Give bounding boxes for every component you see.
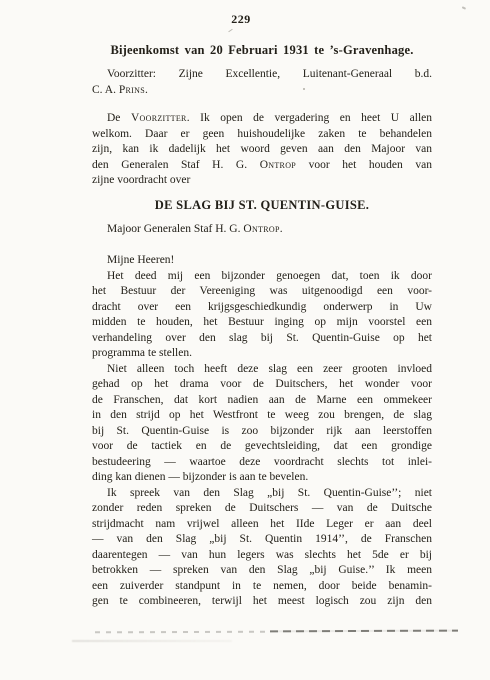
scan-speck (228, 29, 233, 33)
text-line: De Voorzitter. Ik open de vergadering en… (92, 111, 432, 127)
small-caps-name: Voorzitter (131, 112, 187, 124)
text-line: bij St. Quentin-Guise is zoo bijzonder r… (92, 424, 432, 440)
scan-speck (462, 6, 466, 9)
meeting-title: Bijeenkomst van 20 Februari 1931 te ’s-G… (92, 42, 432, 58)
text-line: bestudeering — waartoe deze voordracht s… (92, 455, 432, 471)
small-caps-name: Ontrop (260, 159, 296, 171)
text-line: zijne voordracht over (92, 173, 432, 189)
text-line: daarentegen — van hun legers was slechts… (92, 548, 432, 564)
text-line: welkom. Daar er geen huishoudelijke zake… (92, 127, 432, 143)
text-line: het Bestuur der Vereeniging was uitgenoo… (92, 284, 432, 300)
text-line: in den strijd op het Westfront te weeg z… (92, 408, 432, 424)
paragraph-chairman: Voorzitter: Zijne Excellentie, Luitenant… (92, 67, 432, 98)
text-line: — van den Slag „bij St. Quentin 1914’’, … (92, 532, 432, 548)
text-line: gen te combineeren, terwijl het meest lo… (92, 594, 432, 610)
paragraph-invitation: Het deed mij een bijzonder genoegen dat,… (92, 269, 432, 362)
text-line: voor de tactiek en de gevechtsleiding, d… (92, 439, 432, 455)
text-line: verhandeling over den slag bij St. Quent… (92, 331, 432, 347)
text-line: ding kan dienen — bijzonder is aan te be… (92, 470, 432, 486)
text-line: den Generalen Staf H. G. Ontrop voor het… (92, 158, 432, 174)
text-line: Voorzitter: Zijne Excellentie, Luitenant… (92, 67, 432, 83)
text-line: de Franschen, dat kort nadien aan de Mar… (92, 393, 432, 409)
text-line: Majoor Generalen Staf H. G. Ontrop. (92, 222, 432, 238)
small-caps-name: Prins (119, 84, 145, 96)
scan-speck (303, 88, 305, 90)
text-line: zijn, kan ik dadelijk het woord geven aa… (92, 142, 432, 158)
scan-artifact-smudge (72, 640, 232, 642)
paragraph-speaker: Majoor Generalen Staf H. G. Ontrop. (92, 222, 432, 238)
paragraph-significance: Niet alleen toch heeft deze slag een zee… (92, 362, 432, 486)
text-line: Niet alleen toch heeft deze slag een zee… (92, 362, 432, 378)
lecture-heading: DE SLAG BIJ ST. QUENTIN-GUISE. (92, 197, 432, 213)
text-line: Mijne Heeren! (92, 253, 432, 269)
text-line: C. A. Prins. (92, 83, 432, 99)
text-line: gehad op het drama voor de Duitschers, h… (92, 377, 432, 393)
text-line: strijdmacht nam vrijwel alleen het IIde … (92, 517, 432, 533)
small-caps-name: Ontrop (243, 223, 279, 235)
scan-artifact-line-right (270, 630, 458, 633)
text-line: midden te houden, het Bestuur inging op … (92, 315, 432, 331)
document-page: 229 Bijeenkomst van 20 Februari 1931 te … (0, 0, 490, 680)
scan-artifact-line-left (95, 631, 270, 634)
page-number: 229 (0, 12, 482, 27)
paragraph-opening-remarks: De Voorzitter. Ik open de vergadering en… (92, 111, 432, 189)
text-line: Ik spreek van den Slag „bij St. Quentin-… (92, 486, 432, 502)
paragraph-naming: Ik spreek van den Slag „bij St. Quentin-… (92, 486, 432, 610)
text-line: dracht over een krijgsgeschiedkundig ond… (92, 300, 432, 316)
text-line: betrokken — spreken van den Slag „bij Gu… (92, 563, 432, 579)
paragraph-salutation: Mijne Heeren! (92, 253, 432, 269)
text-line: zonder reden spreken de Duitschers — van… (92, 501, 432, 517)
text-line: Het deed mij een bijzonder genoegen dat,… (92, 269, 432, 285)
text-line: een zuiverder standpunt in te nemen, doo… (92, 579, 432, 595)
text-line: programma te stellen. (92, 346, 432, 362)
lecture-body: Mijne Heeren! Het deed mij een bijzonder… (92, 253, 432, 610)
